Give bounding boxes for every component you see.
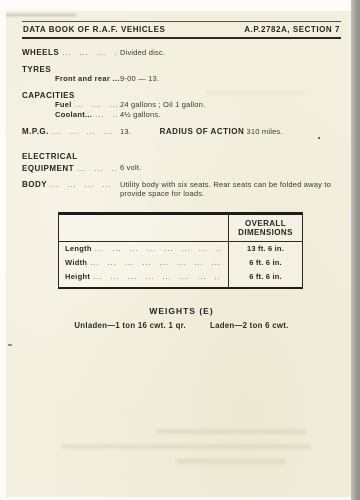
table-value-cell: 13 ft. 6 in. — [228, 242, 302, 256]
spec-label-cell: Coolant... ... ... ... — [22, 110, 120, 120]
radius-of-action-value: 310 miles. — [247, 127, 283, 136]
spec-row-mpg: M.P.G. ... ... ... ... ... 13. RADIUS OF… — [22, 127, 341, 137]
ink-speck — [8, 344, 12, 346]
spec-label-cell: ELECTRICAL EQUIPMENT ... ... ... — [22, 146, 120, 173]
dot-leader: ... ... ... ... ... — [52, 127, 117, 136]
spec-value: 24 gallons ; Oil 1 gallon. — [120, 100, 205, 110]
spec-label: M.P.G. — [22, 127, 49, 136]
dimension-label: Length — [65, 244, 92, 253]
document-reference: A.P.2782A, SECTION 7 — [244, 25, 340, 34]
showthrough-artifact — [61, 444, 311, 449]
spec-value: 9-00 — 13. — [120, 74, 159, 84]
spec-sublabel: Coolant... — [22, 110, 92, 120]
page-header: DATA BOOK OF R.A.F. VEHICLES A.P.2782A, … — [22, 21, 341, 39]
radius-of-action-label: RADIUS OF ACTION — [160, 127, 245, 136]
dimension-value: 6 ft. 6 in. — [229, 256, 302, 270]
spec-label-cell: Fuel ... ... ... ... — [22, 100, 120, 110]
dimension-value: 6 ft. 6 in. — [229, 270, 302, 284]
table-row: Width ... ... ... ... ... ... ... ... 6 … — [59, 256, 302, 270]
dimension-label: Width — [65, 258, 87, 267]
table-label-cell: Height ... ... ... ... ... ... ... ... — [59, 270, 228, 287]
weights-laden: Laden—2 ton 6 cwt. — [210, 321, 289, 330]
spec-label-line1: ELECTRICAL — [22, 152, 78, 161]
spec-row-body: BODY ... ... ... ... ... Utility body wi… — [22, 180, 341, 199]
spec-row-coolant: Coolant... ... ... ... 4½ gallons. — [22, 110, 341, 120]
mpg-value: 13. — [120, 127, 131, 136]
overall-dimensions-table: OVERALL DIMENSIONS Length ... ... ... ..… — [58, 212, 303, 289]
table-value-cell: 6 ft. 6 in. — [228, 256, 302, 270]
spec-sublabel: Fuel — [22, 100, 72, 110]
spec-value-group: 13. RADIUS OF ACTION 310 miles. — [120, 127, 283, 137]
dot-leader: ... ... ... ... ... ... ... ... — [93, 272, 221, 281]
dot-leader: ... ... ... ... ... ... ... ... — [90, 258, 221, 267]
table-row: Height ... ... ... ... ... ... ... ... 6… — [59, 270, 302, 287]
spec-value: 4½ gallons. — [120, 110, 161, 120]
spec-value: Divided disc. — [120, 48, 165, 58]
showthrough-artifact — [156, 429, 306, 434]
page-edge-shadow — [6, 14, 76, 16]
dot-leader: ... ... ... ... ... — [50, 180, 117, 189]
weights-title: WEIGHTS (E) — [22, 306, 341, 316]
spec-row-front-rear: Front and rear ... ... 9-00 — 13. — [22, 74, 341, 84]
dot-leader: ... ... ... — [95, 110, 117, 120]
showthrough-artifact — [176, 459, 286, 464]
scanned-page: DATA BOOK OF R.A.F. VEHICLES A.P.2782A, … — [0, 0, 360, 500]
spec-label-line2: EQUIPMENT — [22, 164, 74, 173]
weights-line: Unladen—1 ton 16 cwt. 1 qr.Laden—2 ton 6… — [22, 321, 341, 330]
weights-unladen: Unladen—1 ton 16 cwt. 1 qr. — [74, 321, 186, 330]
spec-row-fuel: Fuel ... ... ... ... 24 gallons ; Oil 1 … — [22, 100, 341, 110]
dot-leader: ... ... ... — [77, 164, 117, 173]
spec-label-line2-wrap: EQUIPMENT ... ... ... — [22, 164, 120, 173]
dot-leader: ... ... ... ... ... ... ... ... — [95, 244, 221, 253]
spec-value: 6 volt. — [120, 163, 141, 173]
spec-sublabel: Front and rear ... — [22, 74, 120, 84]
dimension-value: 13 ft. 6 in. — [229, 242, 302, 256]
table-header-row: OVERALL DIMENSIONS — [59, 215, 302, 242]
dimension-label: Height — [65, 272, 90, 281]
table-value-cell: 6 ft. 6 in. — [228, 270, 302, 287]
spec-label: TYRES — [22, 65, 51, 74]
document-title: DATA BOOK OF R.A.F. VEHICLES — [23, 25, 165, 34]
spec-label: BODY — [22, 180, 47, 189]
spec-value: Utility body with six seats. Rear seats … — [120, 180, 341, 199]
spec-label-cell: M.P.G. ... ... ... ... ... — [22, 127, 120, 136]
dot-leader: ... ... ... ... — [62, 48, 117, 57]
spec-row-electrical: ELECTRICAL EQUIPMENT ... ... ... 6 volt. — [22, 146, 341, 173]
table-label-cell: Width ... ... ... ... ... ... ... ... — [59, 256, 228, 270]
table-header-empty-cell — [59, 215, 228, 241]
showthrough-artifact — [206, 91, 306, 95]
spec-label: CAPACITIES — [22, 91, 75, 100]
document-page: DATA BOOK OF R.A.F. VEHICLES A.P.2782A, … — [6, 11, 351, 497]
table-header-label: OVERALL DIMENSIONS — [228, 215, 302, 241]
spec-label-cell: Front and rear ... ... — [22, 74, 120, 84]
spec-label-cell: WHEELS ... ... ... ... — [22, 48, 120, 57]
spec-row-wheels: WHEELS ... ... ... ... Divided disc. — [22, 48, 341, 58]
table-row: Length ... ... ... ... ... ... ... ... 1… — [59, 242, 302, 256]
table-label-cell: Length ... ... ... ... ... ... ... ... — [59, 242, 228, 256]
spec-heading-tyres: TYRES — [22, 65, 341, 74]
dot-leader: ... ... ... ... — [75, 100, 117, 110]
spec-label-cell: BODY ... ... ... ... ... — [22, 180, 120, 189]
spec-label: WHEELS — [22, 48, 59, 57]
ink-speck — [318, 137, 320, 139]
scan-edge-strip — [351, 0, 360, 500]
